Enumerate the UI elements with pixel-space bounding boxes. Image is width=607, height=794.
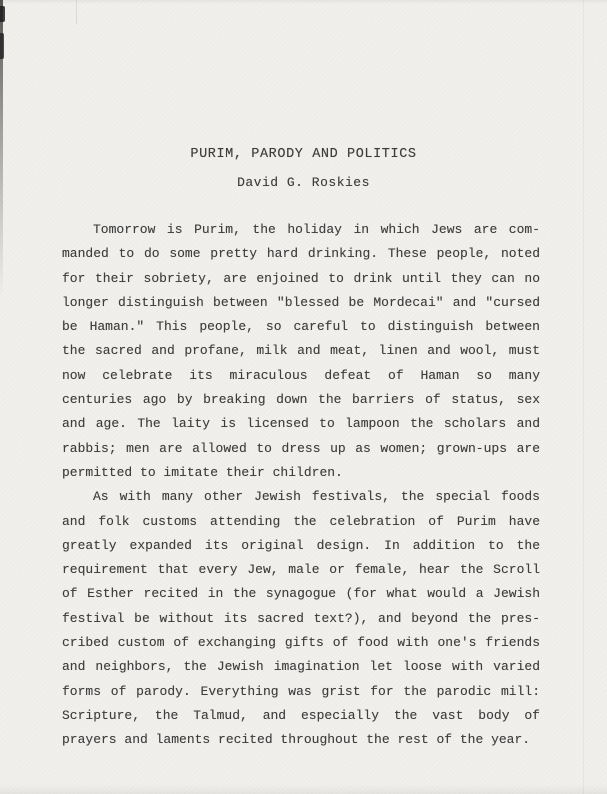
text-line: Scripture, the Talmud, and especially th… xyxy=(62,704,540,728)
scan-mark-left xyxy=(0,33,4,59)
text-line: cribed custom of exchanging gifts of foo… xyxy=(62,631,540,655)
scan-shadow-top xyxy=(0,0,607,4)
text-line: prayers and laments recited throughout t… xyxy=(62,728,540,752)
text-line: the sacred and profane, milk and meat, l… xyxy=(62,339,540,363)
text-line: and age. The laity is licensed to lampoo… xyxy=(62,412,540,436)
scan-mark-top-left xyxy=(0,6,5,22)
scanned-document-page: PURIM, PARODY AND POLITICS David G. Rosk… xyxy=(0,0,607,794)
document-title: PURIM, PARODY AND POLITICS xyxy=(0,147,607,162)
text-line: centuries ago by breaking down the barri… xyxy=(62,388,540,412)
text-line: and neighbors, the Jewish imagination le… xyxy=(62,655,540,679)
text-line: now celebrate its miraculous defeat of H… xyxy=(62,364,540,388)
text-line: longer distinguish between "blessed be M… xyxy=(62,291,540,315)
scan-line-artifact xyxy=(583,0,584,794)
text-line: rabbis; men are allowed to dress up as w… xyxy=(62,437,540,461)
text-line: for their sobriety, are enjoined to drin… xyxy=(62,267,540,291)
text-line: greatly expanded its original design. In… xyxy=(62,534,540,558)
text-line: be Haman." This people, so careful to di… xyxy=(62,315,540,339)
scan-scratch-artifact xyxy=(76,0,77,24)
text-line: Tomorrow is Purim, the holiday in which … xyxy=(62,218,540,242)
document-body: Tomorrow is Purim, the holiday in which … xyxy=(62,218,540,753)
text-line: festival be without its sacred text?), a… xyxy=(62,607,540,631)
document-author: David G. Roskies xyxy=(0,175,607,190)
text-line: manded to do some pretty hard drinking. … xyxy=(62,242,540,266)
text-line: permitted to imitate their children. xyxy=(62,461,540,485)
scan-shadow-bottom xyxy=(0,784,607,794)
text-line: As with many other Jewish festivals, the… xyxy=(62,485,540,509)
text-line: forms of parody. Everything was grist fo… xyxy=(62,680,540,704)
text-line: requirement that every Jew, male or fema… xyxy=(62,558,540,582)
text-line: and folk customs attending the celebrati… xyxy=(62,510,540,534)
text-line: of Esther recited in the synagogue (for … xyxy=(62,582,540,606)
